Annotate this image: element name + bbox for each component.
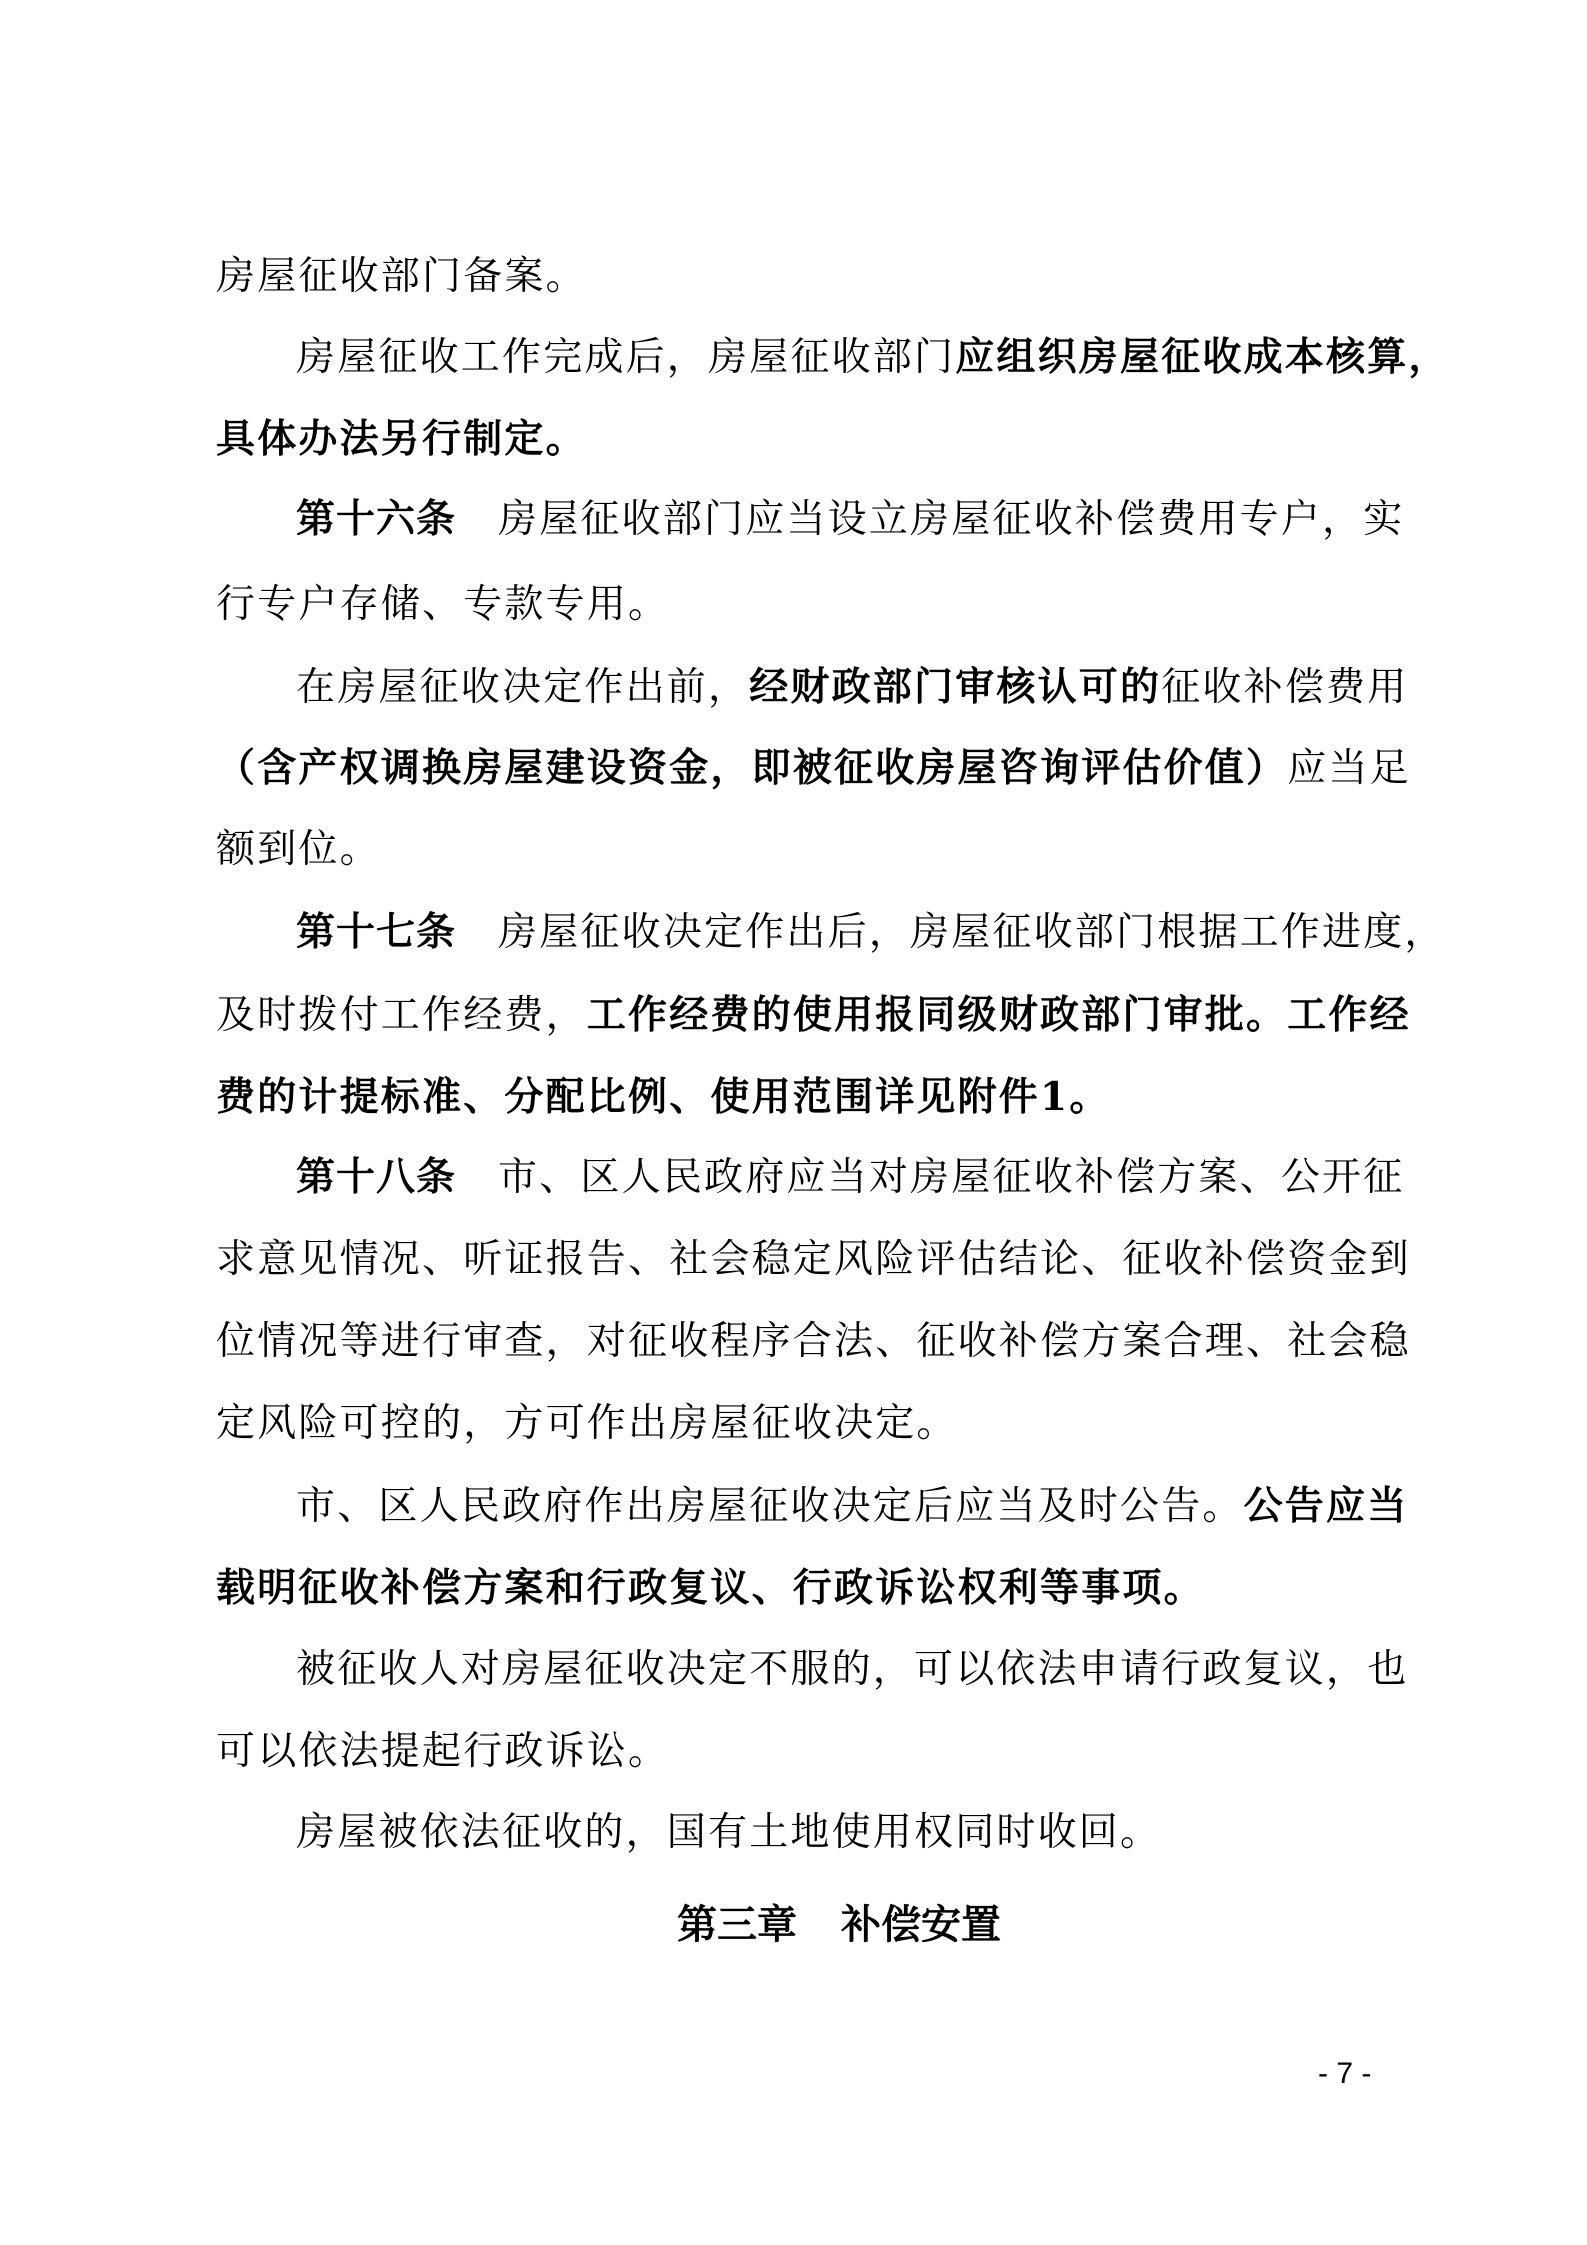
chapter-heading: 第三章补偿安置 <box>677 1895 997 1955</box>
text-line: 房屋被依法征收的，国有土地使用权同时收回。 <box>296 1803 1376 1863</box>
emphasized-text: 载明征收补偿方案和行政复议、行政诉讼权利等事项。 <box>216 1565 1205 1611</box>
text-line: 在房屋征收决定作出前，经财政部门审核认可的征收补偿费用 <box>296 657 1376 717</box>
paragraph-text: 房屋被依法征收的，国有土地使用权同时收回。 <box>296 1810 1161 1855</box>
paragraph-text: 被征收人对房屋征收决定不服的，可以依法申请行政复议，也 <box>296 1647 1408 1692</box>
text-line: 载明征收补偿方案和行政复议、行政诉讼权利等事项。 <box>216 1558 1376 1618</box>
emphasized-text: 费的计提标准、分配比例、使用范围详见附件1。 <box>216 1074 1111 1120</box>
text-line: 求意见情况、听证报告、社会稳定风险评估结论、征收补偿资金到 <box>216 1230 1376 1290</box>
paragraph-text: 求意见情况、听证报告、社会稳定风险评估结论、征收补偿资金到 <box>216 1237 1411 1282</box>
chapter-number: 第三章 <box>677 1902 797 1948</box>
paragraph-text: 位情况等进行审查，对征收程序合法、征收补偿方案合理、社会稳 <box>216 1319 1411 1364</box>
paragraph-text: 应当足 <box>1287 746 1411 791</box>
paragraph-text: 及时拨付工作经费， <box>216 993 587 1038</box>
document-page: 房屋征收部门备案。 房屋征收工作完成后，房屋征收部门应组织房屋征收成本核算， 具… <box>0 0 1587 2245</box>
emphasized-text: 工作经费的使用报同级财政部门审批。工作经 <box>587 992 1411 1038</box>
article-16-line: 第十六条房屋征收部门应当设立房屋征收补偿费用专户，实 <box>296 490 1376 550</box>
article-17-line: 第十七条房屋征收决定作出后，房屋征收部门根据工作进度， <box>296 903 1376 963</box>
text-line: 房屋征收部门备案。 <box>216 247 1376 307</box>
paragraph-text: 在房屋征收决定作出前， <box>296 665 749 710</box>
text-line: 位情况等进行审查，对征收程序合法、征收补偿方案合理、社会稳 <box>216 1312 1376 1372</box>
article-text: 房屋征收部门应当设立房屋征收补偿费用专户，实 <box>498 497 1404 542</box>
paragraph-text: 额到位。 <box>216 827 381 872</box>
emphasized-text: 应组织房屋征收成本核算， <box>955 334 1449 380</box>
text-line: （含产权调换房屋建设资金，即被征收房屋咨询评估价值）应当足 <box>216 738 1376 798</box>
text-line: 具体办法另行制定。 <box>216 409 1376 469</box>
article-18-line: 第十八条市、区人民政府应当对房屋征收补偿方案、公开征 <box>296 1148 1376 1208</box>
paragraph-text: 行专户存储、专款专用。 <box>216 582 669 627</box>
paragraph-continuation: 房屋征收部门备案。 <box>216 254 587 299</box>
text-line: 可以依法提起行政诉讼。 <box>216 1722 1376 1782</box>
text-line: 行专户存储、专款专用。 <box>216 575 1376 635</box>
article-number: 第十七条 <box>296 910 456 955</box>
emphasized-text: 具体办法另行制定。 <box>216 416 587 462</box>
text-line: 被征收人对房屋征收决定不服的，可以依法申请行政复议，也 <box>296 1640 1376 1700</box>
text-line: 及时拨付工作经费，工作经费的使用报同级财政部门审批。工作经 <box>216 985 1376 1045</box>
emphasized-text: 公告应当 <box>1244 1483 1409 1529</box>
chapter-title: 补偿安置 <box>841 1902 1001 1948</box>
paragraph-text: 可以依法提起行政诉讼。 <box>216 1729 669 1774</box>
text-line: 房屋征收工作完成后，房屋征收部门应组织房屋征收成本核算， <box>296 327 1376 387</box>
article-text: 房屋征收决定作出后，房屋征收部门根据工作进度， <box>498 910 1446 955</box>
paragraph-text: 征收补偿费用 <box>1161 665 1408 710</box>
text-line: 额到位。 <box>216 820 1376 880</box>
article-text: 市、区人民政府应当对房屋征收补偿方案、公开征 <box>498 1155 1404 1200</box>
emphasized-text: 经财政部门审核认可的 <box>749 664 1161 710</box>
text-line: 市、区人民政府作出房屋征收决定后应当及时公告。公告应当 <box>296 1476 1376 1536</box>
article-number: 第十六条 <box>296 497 456 542</box>
text-line: 定风险可控的，方可作出房屋征收决定。 <box>216 1394 1376 1454</box>
text-line: 费的计提标准、分配比例、使用范围详见附件1。 <box>216 1067 1376 1127</box>
paragraph-text: 定风险可控的，方可作出房屋征收决定。 <box>216 1401 958 1446</box>
article-number: 第十八条 <box>296 1155 456 1200</box>
emphasized-text: （含产权调换房屋建设资金，即被征收房屋咨询评估价值） <box>216 745 1287 791</box>
paragraph-text: 房屋征收工作完成后，房屋征收部门 <box>296 335 955 380</box>
page-number: - 7 - <box>1318 2056 1371 2092</box>
paragraph-text: 市、区人民政府作出房屋征收决定后应当及时公告。 <box>296 1484 1244 1529</box>
